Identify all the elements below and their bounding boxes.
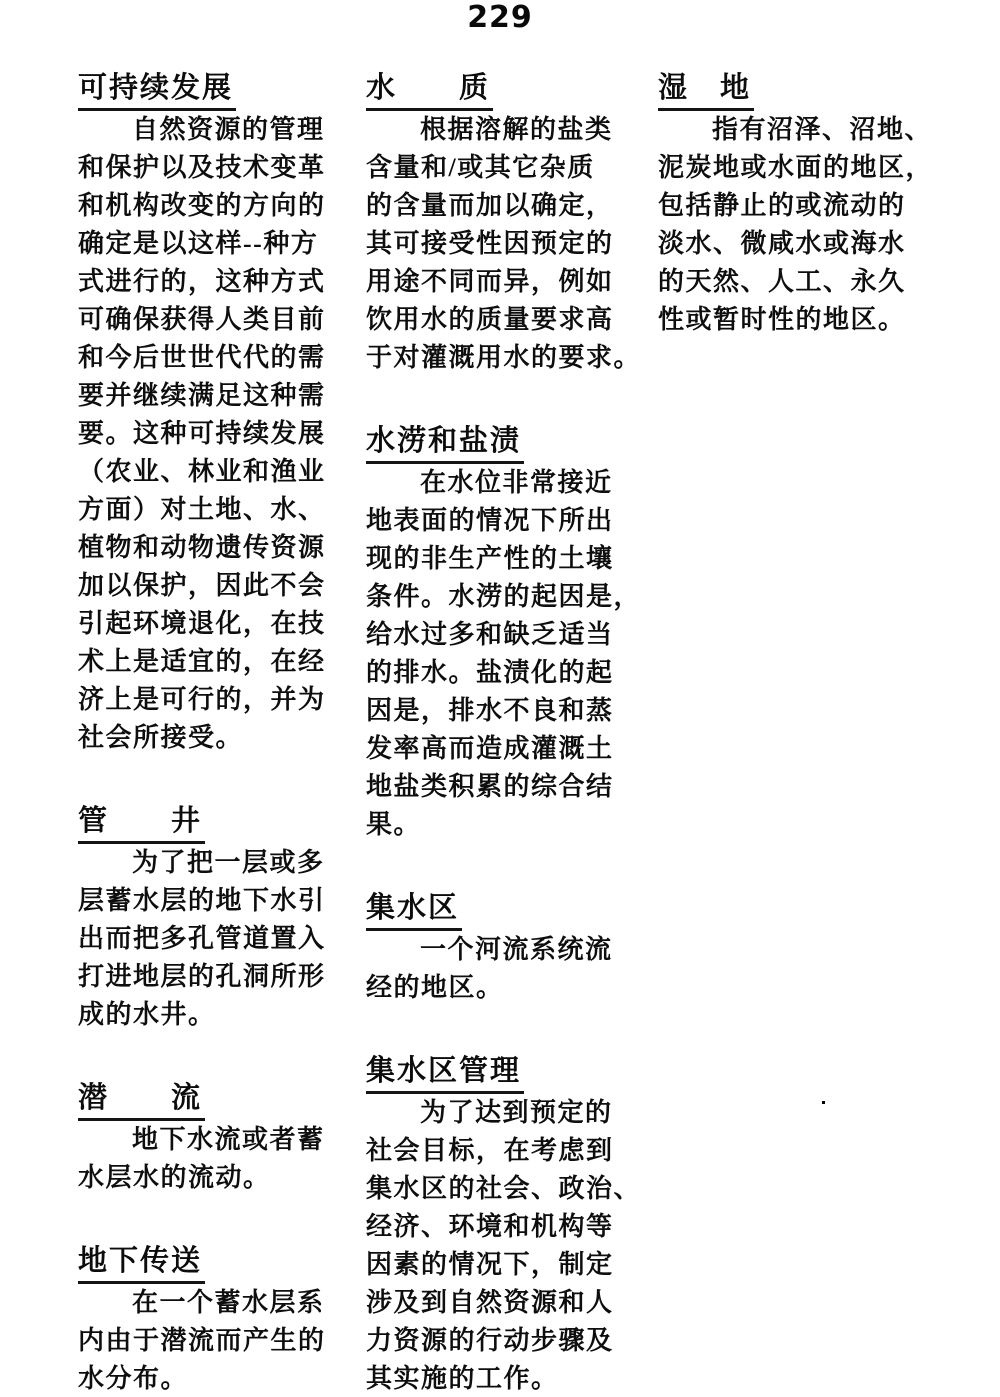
definition-line: 含量和/或其它杂质 xyxy=(366,149,634,187)
definition-line: 性或暂时性的地区。 xyxy=(658,301,910,339)
definition-line: 成的水井。 xyxy=(78,996,330,1034)
definition-line: 在一个蓄水层系 xyxy=(78,1284,330,1322)
glossary-entry: 湿 地指有沼泽、沼地、泥炭地或水面的地区，包括静止的或流动的淡水、微咸水或海水的… xyxy=(658,70,910,339)
definition: 在水位非常接近地表面的情况下所出现的非生产性的土壤条件。水涝的起因是，给水过多和… xyxy=(366,464,634,844)
definition-line: 现的非生产性的土壤 xyxy=(366,540,634,578)
definition: 为了达到预定的社会目标，在考虑到集水区的社会、政治、经济、环境和机构等因素的情况… xyxy=(366,1094,634,1397)
definition-line: 集水区的社会、政治、 xyxy=(366,1170,634,1208)
definition-line: 力资源的行动步骤及 xyxy=(366,1322,634,1360)
definition-line: 其可接受性因预定的 xyxy=(366,225,634,263)
term-heading: 湿 地 xyxy=(658,70,754,111)
definition-line: 条件。水涝的起因是， xyxy=(366,578,634,616)
definition-line: 果。 xyxy=(366,806,634,844)
definition-line: 给水过多和缺乏适当 xyxy=(366,616,634,654)
definition-line: 地下水流或者蓄 xyxy=(78,1121,330,1159)
definition-line: 加以保护，因此不会 xyxy=(78,567,330,605)
definition-line: 经济、环境和机构等 xyxy=(366,1208,634,1246)
definition-line: 济上是可行的，并为 xyxy=(78,681,330,719)
definition-line: （农业、林业和渔业 xyxy=(78,453,330,491)
glossary-column-right: 湿 地指有沼泽、沼地、泥炭地或水面的地区，包括静止的或流动的淡水、微咸水或海水的… xyxy=(658,70,910,339)
definition-line: 水分布。 xyxy=(78,1360,330,1397)
term-heading-row: 可持续发展 xyxy=(78,70,330,111)
glossary-column-middle: 水 质根据溶解的盐类含量和/或其它杂质的含量而加以确定，其可接受性因预定的用途不… xyxy=(366,70,634,1397)
glossary-entry: 集水区一个河流系统流经的地区。 xyxy=(366,890,634,1007)
term-heading: 水 质 xyxy=(366,70,493,111)
glossary-entry: 水涝和盐渍在水位非常接近地表面的情况下所出现的非生产性的土壤条件。水涝的起因是，… xyxy=(366,423,634,844)
definition-line: 指有沼泽、沼地、 xyxy=(658,111,910,149)
term-heading-row: 管 井 xyxy=(78,803,330,844)
definition-line: 发率高而造成灌溉土 xyxy=(366,730,634,768)
definition-line: 在水位非常接近 xyxy=(366,464,634,502)
glossary-entry: 集水区管理为了达到预定的社会目标，在考虑到集水区的社会、政治、经济、环境和机构等… xyxy=(366,1053,634,1397)
definition-line: 社会目标，在考虑到 xyxy=(366,1132,634,1170)
definition-line: 的排水。盐渍化的起 xyxy=(366,654,634,692)
definition-line: 其实施的工作。 xyxy=(366,1360,634,1397)
definition-line: 的含量而加以确定， xyxy=(366,187,634,225)
definition-line: 确定是以这样--种方 xyxy=(78,225,330,263)
term-heading: 地下传送 xyxy=(78,1243,205,1284)
definition-line: 饮用水的质量要求高 xyxy=(366,301,634,339)
definition-line: 方面）对土地、水、 xyxy=(78,491,330,529)
definition: 地下水流或者蓄水层水的流动。 xyxy=(78,1121,330,1197)
definition-line: 植物和动物遗传资源 xyxy=(78,529,330,567)
glossary-column-left: 可持续发展自然资源的管理和保护以及技术变革和机构改变的方向的确定是以这样--种方… xyxy=(78,70,330,1397)
term-heading-row: 潜 流 xyxy=(78,1080,330,1121)
ink-speck-artifact xyxy=(822,1101,825,1104)
term-heading: 潜 流 xyxy=(78,1080,205,1121)
term-heading: 管 井 xyxy=(78,803,205,844)
term-heading: 集水区 xyxy=(366,890,462,931)
definition-line: 和今后世世代代的需 xyxy=(78,339,330,377)
definition-line: 内由于潜流而产生的 xyxy=(78,1322,330,1360)
term-heading-row: 集水区管理 xyxy=(366,1053,634,1094)
definition-line: 地盐类积累的综合结 xyxy=(366,768,634,806)
definition-line: 式进行的，这种方式 xyxy=(78,263,330,301)
definition-line: 因是，排水不良和蒸 xyxy=(366,692,634,730)
definition-line: 因素的情况下，制定 xyxy=(366,1246,634,1284)
glossary-entry: 可持续发展自然资源的管理和保护以及技术变革和机构改变的方向的确定是以这样--种方… xyxy=(78,70,330,757)
term-heading-row: 水 质 xyxy=(366,70,634,111)
definition-line: 为了把一层或多 xyxy=(78,844,330,882)
glossary-entry: 管 井为了把一层或多层蓄水层的地下水引出而把多孔管道置入打进地层的孔洞所形成的水… xyxy=(78,803,330,1034)
definition-line: 泥炭地或水面的地区， xyxy=(658,149,910,187)
glossary-entry: 地下传送在一个蓄水层系内由于潜流而产生的水分布。 xyxy=(78,1243,330,1397)
definition-line: 地表面的情况下所出 xyxy=(366,502,634,540)
definition-line: 术上是适宜的，在经 xyxy=(78,643,330,681)
definition-line: 社会所接受。 xyxy=(78,719,330,757)
term-heading-row: 地下传送 xyxy=(78,1243,330,1284)
term-heading-row: 集水区 xyxy=(366,890,634,931)
definition-line: 和机构改变的方向的 xyxy=(78,187,330,225)
term-heading: 可持续发展 xyxy=(78,70,236,111)
definition-line: 出而把多孔管道置入 xyxy=(78,920,330,958)
scanned-glossary-page: 229 可持续发展自然资源的管理和保护以及技术变革和机构改变的方向的确定是以这样… xyxy=(0,0,1000,1397)
definition-line: 引起环境退化，在技 xyxy=(78,605,330,643)
definition: 一个河流系统流经的地区。 xyxy=(366,931,634,1007)
glossary-entry: 潜 流地下水流或者蓄水层水的流动。 xyxy=(78,1080,330,1197)
definition: 在一个蓄水层系内由于潜流而产生的水分布。 xyxy=(78,1284,330,1397)
definition-line: 于对灌溉用水的要求。 xyxy=(366,339,634,377)
definition-line: 打进地层的孔洞所形 xyxy=(78,958,330,996)
definition-line: 用途不同而异，例如 xyxy=(366,263,634,301)
glossary-entry: 水 质根据溶解的盐类含量和/或其它杂质的含量而加以确定，其可接受性因预定的用途不… xyxy=(366,70,634,377)
definition-line: 水层水的流动。 xyxy=(78,1159,330,1197)
definition-line: 根据溶解的盐类 xyxy=(366,111,634,149)
definition-line: 和保护以及技术变革 xyxy=(78,149,330,187)
definition-line: 可确保获得人类目前 xyxy=(78,301,330,339)
page-number: 229 xyxy=(0,0,1000,36)
definition-line: 包括静止的或流动的 xyxy=(658,187,910,225)
definition-line: 经的地区。 xyxy=(366,969,634,1007)
term-heading-row: 湿 地 xyxy=(658,70,910,111)
definition-line: 的天然、人工、永久 xyxy=(658,263,910,301)
definition-line: 涉及到自然资源和人 xyxy=(366,1284,634,1322)
definition-line: 要。这种可持续发展 xyxy=(78,415,330,453)
term-heading-row: 水涝和盐渍 xyxy=(366,423,634,464)
definition-line: 淡水、微咸水或海水 xyxy=(658,225,910,263)
definition-line: 为了达到预定的 xyxy=(366,1094,634,1132)
definition: 自然资源的管理和保护以及技术变革和机构改变的方向的确定是以这样--种方式进行的，… xyxy=(78,111,330,757)
term-heading: 集水区管理 xyxy=(366,1053,524,1094)
definition-line: 一个河流系统流 xyxy=(366,931,634,969)
definition-line: 层蓄水层的地下水引 xyxy=(78,882,330,920)
definition: 为了把一层或多层蓄水层的地下水引出而把多孔管道置入打进地层的孔洞所形成的水井。 xyxy=(78,844,330,1034)
definition-line: 自然资源的管理 xyxy=(78,111,330,149)
term-heading: 水涝和盐渍 xyxy=(366,423,524,464)
definition-line: 要并继续满足这种需 xyxy=(78,377,330,415)
definition: 根据溶解的盐类含量和/或其它杂质的含量而加以确定，其可接受性因预定的用途不同而异… xyxy=(366,111,634,377)
definition: 指有沼泽、沼地、泥炭地或水面的地区，包括静止的或流动的淡水、微咸水或海水的天然、… xyxy=(658,111,910,339)
